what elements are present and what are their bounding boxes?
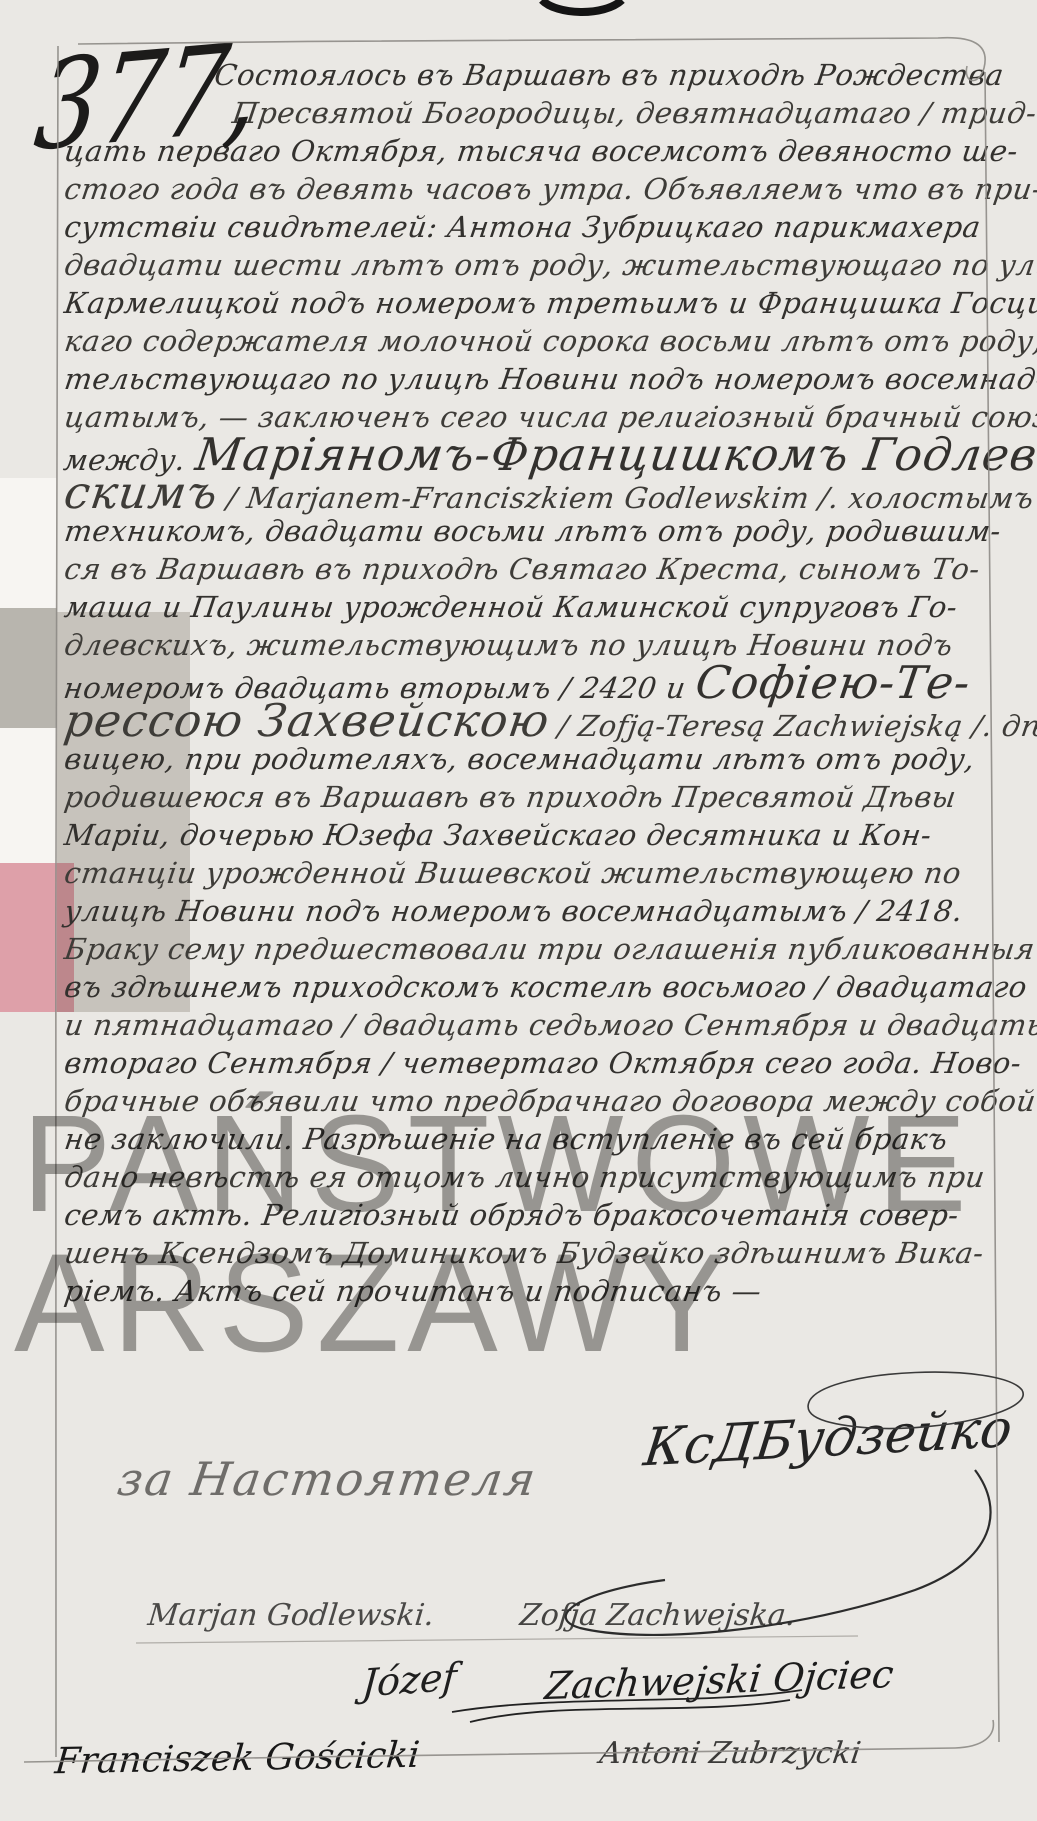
record-text-line: Браку сему предшествовали три оглашенія … [62, 930, 1013, 968]
record-text-line: стого года въ девять часовъ утра. Объявл… [62, 170, 1013, 208]
watermark-block-white-bottom [0, 728, 57, 863]
watermark-block-white-top [0, 478, 57, 608]
record-text-line: брачные объявили что предбрачнаго догово… [62, 1082, 1013, 1120]
text-segment: техникомъ, двадцати восьми лѣтъ отъ роду… [62, 514, 1003, 548]
text-segment: Пресвятой Богородицы, девятнадцатаго / т… [230, 96, 1037, 130]
text-segment: / Zofją-Teresą Zachwiejską /. дѣ- [546, 709, 1037, 743]
record-text-line: и пятнадцатаго / двадцать седьмого Сентя… [62, 1006, 1013, 1044]
record-text-line: рессою Захвейскою / Zofją-Teresą Zachwie… [62, 702, 1013, 740]
text-segment: маша и Паулины урожденной Каминской супр… [62, 590, 959, 624]
text-segment: ріемъ. Актъ сей прочитанъ и подписанъ — [62, 1274, 764, 1308]
text-segment: родившеюся въ Варшавѣ въ приходѣ Пресвят… [62, 780, 958, 814]
record-text-line: вицею, при родителяхъ, восемнадцати лѣтъ… [62, 740, 1013, 778]
text-segment: сутствіи свидѣтелей: Антона Зубрицкаго п… [62, 210, 983, 244]
record-text-line: ся въ Варшавѣ въ приходѣ Святаго Креста,… [62, 550, 1013, 588]
record-text-line: въ здѣшнемъ приходскомъ костелѣ восьмого… [62, 968, 1013, 1006]
record-text-line: шенъ Ксендзомъ Доминикомъ Будзейко здѣшн… [62, 1234, 1013, 1272]
signature-rule-line [136, 1636, 858, 1643]
officiant-prefix: за Настоятеля [114, 1452, 540, 1506]
text-segment: улицѣ Новини подъ номеромъ восемнадцатым… [62, 894, 965, 928]
document-scan: 377, Состоялось въ Варшавѣ въ приходѣ Ро… [0, 0, 1037, 1821]
watermark-block-gray-left [0, 608, 57, 728]
text-segment: Маріи, дочерью Юзефа Захвейскаго десятни… [62, 818, 934, 852]
record-text-line: маша и Паулины урожденной Каминской супр… [62, 588, 1013, 626]
record-text-line: техникомъ, двадцати восьми лѣтъ отъ роду… [62, 512, 1013, 550]
record-body: Состоялось въ Варшавѣ въ приходѣ Рождест… [62, 56, 1008, 1310]
record-number: 377, [28, 15, 268, 179]
record-text-line: тельствующаго по улицѣ Новини подъ номер… [62, 360, 1013, 398]
record-text-line: Кармелицкой подъ номеромъ третьимъ и Фра… [62, 284, 1013, 322]
record-text-line: каго содержателя молочной сорока восьми … [62, 322, 1013, 360]
record-text-line: улицѣ Новини подъ номеромъ восемнадцатым… [62, 892, 1013, 930]
text-segment: семъ актѣ. Религіозный обрядъ бракосочет… [62, 1198, 961, 1232]
record-text-line: двадцати шести лѣтъ отъ роду, жительству… [62, 246, 1013, 284]
record-text-line: ріемъ. Актъ сей прочитанъ и подписанъ — [62, 1272, 1013, 1310]
record-text-line: родившеюся въ Варшавѣ въ приходѣ Пресвят… [62, 778, 1013, 816]
text-segment: Браку сему предшествовали три оглашенія … [62, 932, 1037, 966]
text-segment: шенъ Ксендзомъ Доминикомъ Будзейко здѣшн… [62, 1236, 986, 1270]
text-segment: въ здѣшнемъ приходскомъ костелѣ восьмого… [62, 970, 1029, 1004]
text-segment: станціи урожденной Вишевской жительствую… [62, 856, 963, 890]
signature-bride: Zofja Zachwejska. [518, 1598, 797, 1633]
record-text-line: втораго Сентября / четвертаго Октября се… [62, 1044, 1013, 1082]
signature-father-surname: Zachwejski Ojciec [543, 1652, 896, 1708]
record-text-line: дано невѣстѣ ея отцомъ лично присутствую… [62, 1158, 1013, 1196]
left-border-line [56, 46, 58, 1757]
record-text-line: семъ актѣ. Религіозный обрядъ бракосочет… [62, 1196, 1013, 1234]
text-segment: ся въ Варшавѣ въ приходѣ Святаго Креста,… [62, 552, 982, 586]
text-segment: тельствующаго по улицѣ Новини подъ номер… [62, 362, 1037, 396]
text-segment: не заключили. Разрѣшеніе на вступленіе в… [62, 1122, 950, 1156]
scan-artifact-arc [542, 0, 622, 12]
text-segment: / Marjanem-Franciszkiem Godlewskim /. хо… [215, 481, 1036, 515]
text-segment: брачные объявили что предбрачнаго догово… [62, 1084, 1037, 1118]
text-segment: вицею, при родителяхъ, восемнадцати лѣтъ… [62, 742, 977, 776]
officiant-signature: КсДБудзейко [641, 1399, 1016, 1479]
text-segment: втораго Сентября / четвертаго Октября се… [62, 1046, 1023, 1080]
record-text-line: Маріи, дочерью Юзефа Захвейскаго десятни… [62, 816, 1013, 854]
text-segment: стого года въ девять часовъ утра. Объявл… [62, 172, 1037, 206]
signature-witness-gościcki: Franciszek Gościcki [53, 1735, 421, 1782]
record-text-line: скимъ / Marjanem-Franciszkiem Godlewskim… [62, 474, 1013, 512]
record-text-line: станціи урожденной Вишевской жительствую… [62, 854, 1013, 892]
signature-groom: Marjan Godlewski. [146, 1598, 436, 1633]
text-segment: дано невѣстѣ ея отцомъ лично присутствую… [62, 1160, 987, 1194]
text-segment: Состоялось въ Варшавѣ въ приходѣ Рождест… [212, 58, 1006, 92]
text-segment: Кармелицкой подъ номеромъ третьимъ и Фра… [62, 286, 1037, 320]
signature-father-first-name: Józef [361, 1655, 459, 1706]
text-segment: двадцати шести лѣтъ отъ роду, жительству… [62, 248, 1037, 282]
text-segment: каго содержателя молочной сорока восьми … [62, 324, 1037, 358]
signature-witness-zubrzycki: Antoni Zubrzycki [598, 1736, 864, 1771]
text-segment: и пятнадцатаго / двадцать седьмого Сентя… [62, 1008, 1037, 1042]
record-text-line: сутствіи свидѣтелей: Антона Зубрицкаго п… [62, 208, 1013, 246]
record-text-line: не заключили. Разрѣшеніе на вступленіе в… [62, 1120, 1013, 1158]
